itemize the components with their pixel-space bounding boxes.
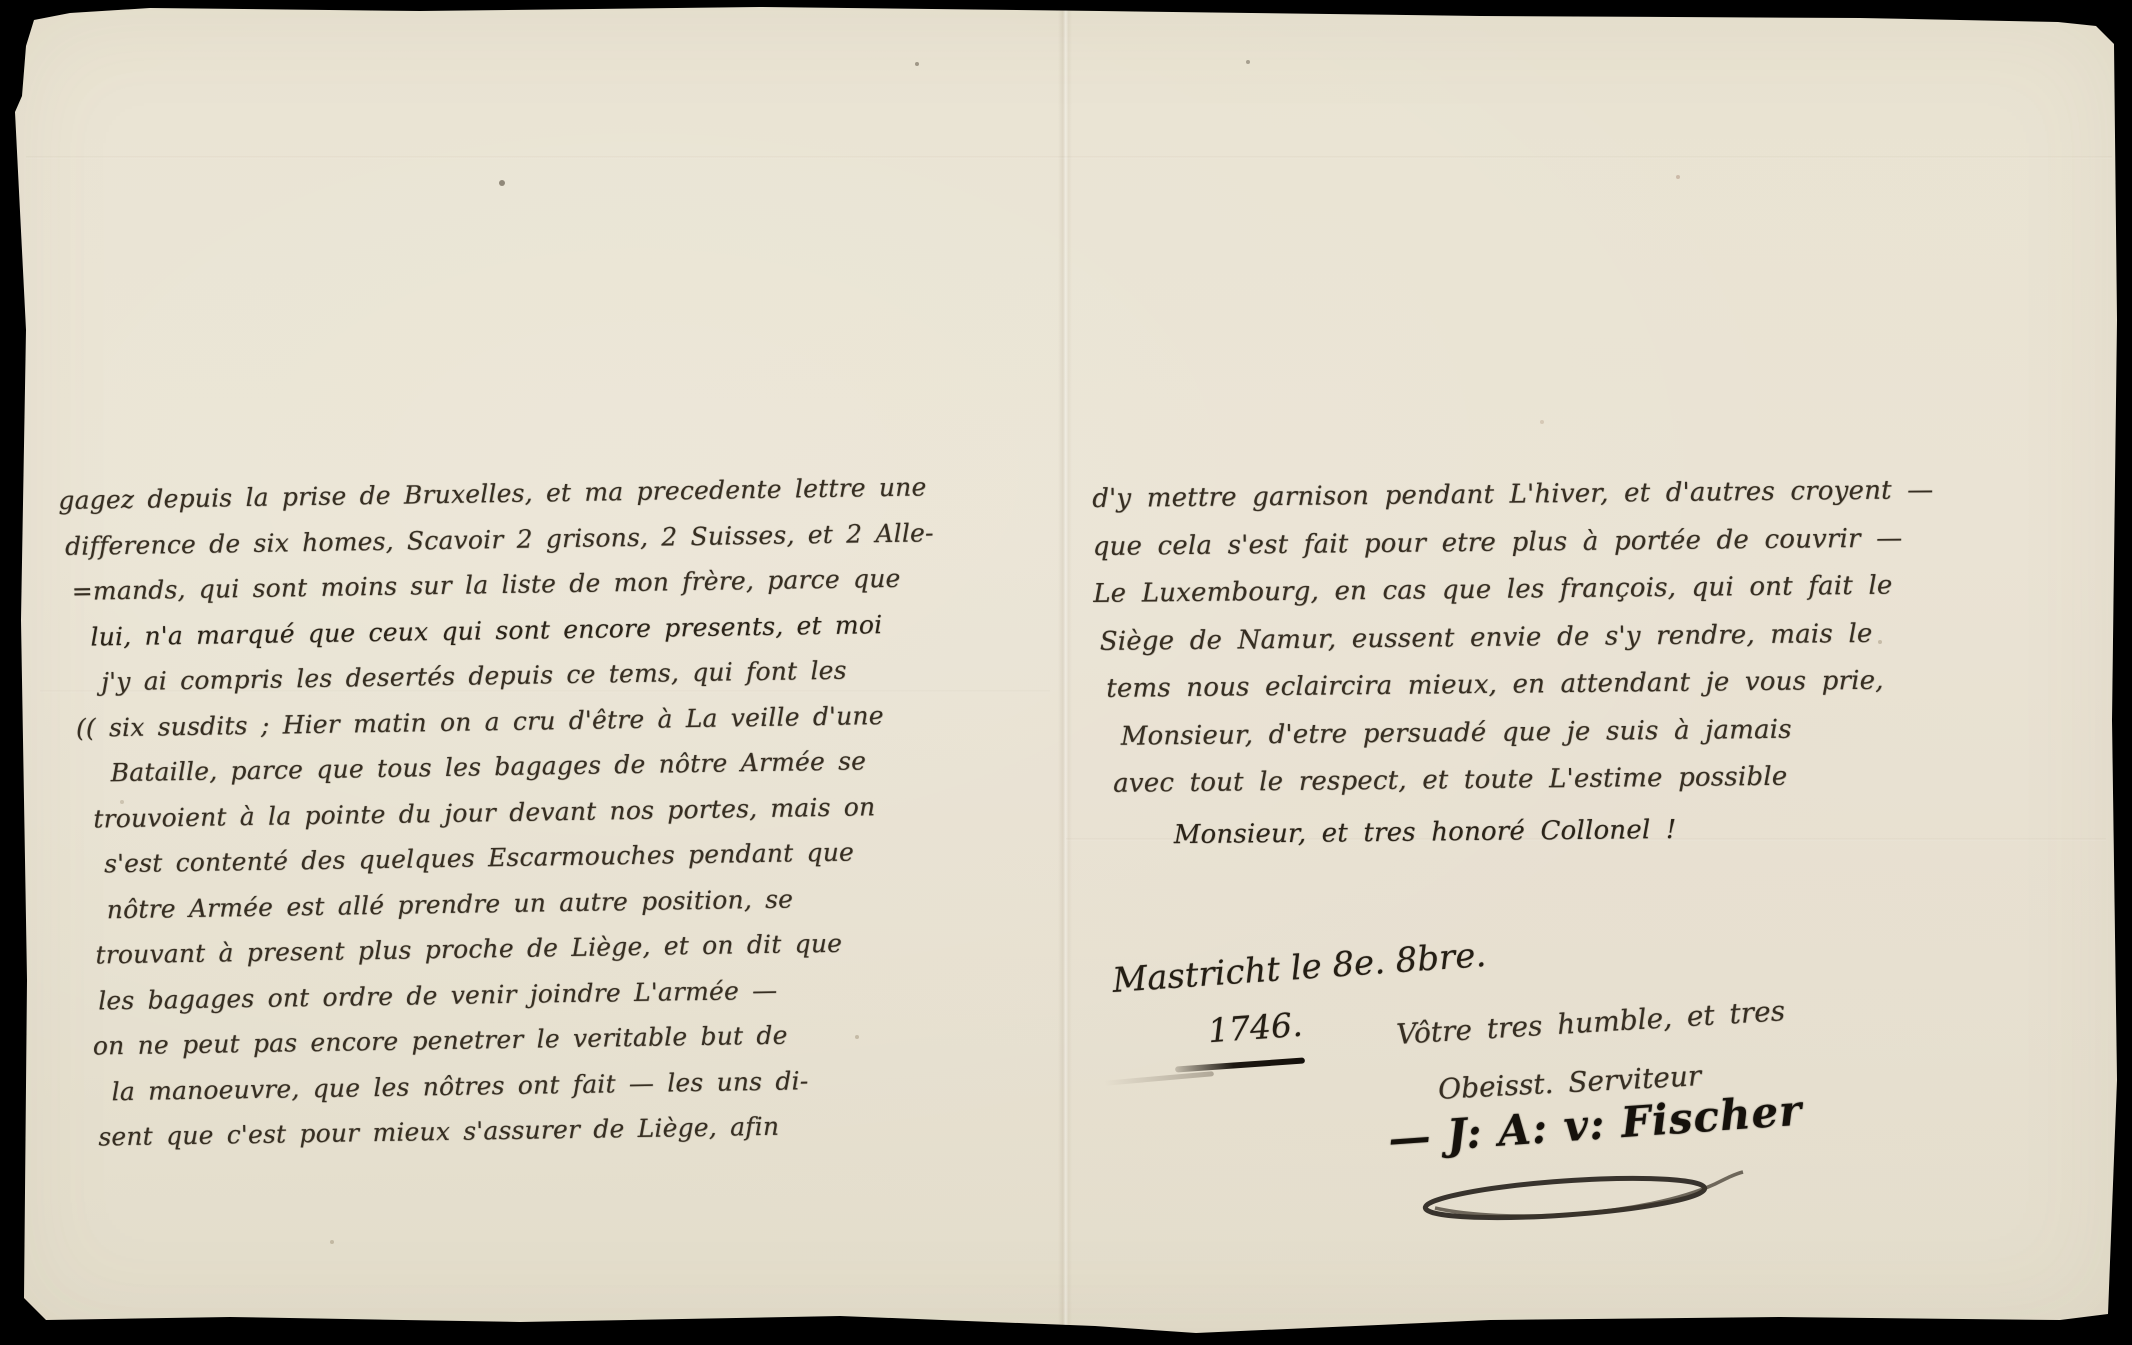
horizontal-fold-crease-top — [26, 156, 2112, 159]
paper-specks — [0, 0, 4, 4]
letter-line: Le Luxembourg, en cas que les françois, … — [1093, 562, 1935, 618]
dateline: Mastricht le 8e. 8bre. — [1111, 935, 1487, 1001]
date-year-smudge — [1104, 1071, 1214, 1086]
vertical-fold-crease — [1058, 8, 1072, 1338]
letter-line: avec tout le respect, et toute L'estime … — [1113, 752, 1937, 808]
signature-flourish — [1415, 1150, 1745, 1244]
date-year: 1746. — [1207, 1005, 1304, 1050]
closing-line-1: Vôtre tres humble, et tres — [1395, 994, 1786, 1051]
letter-line: d'y mettre garnison pendant L'hiver, et … — [1092, 467, 1934, 523]
letter-line: Monsieur, et tres honoré Collonel ! — [1174, 804, 1938, 859]
date-year-underline — [1175, 1057, 1305, 1072]
letter-line: tems nous eclaircira mieux, en attendant… — [1106, 657, 1936, 713]
letter-right-page: d'y mettre garnison pendant L'hiver, et … — [1092, 467, 1937, 860]
letter-left-page: gagez depuis la prise de Bruxelles, et m… — [58, 464, 943, 1160]
letter-paper: gagez depuis la prise de Bruxelles, et m… — [0, 0, 2132, 1345]
letter-line: Monsieur, d'etre persuadé que je suis à … — [1120, 705, 1936, 761]
scan-background: gagez depuis la prise de Bruxelles, et m… — [0, 0, 2132, 1345]
